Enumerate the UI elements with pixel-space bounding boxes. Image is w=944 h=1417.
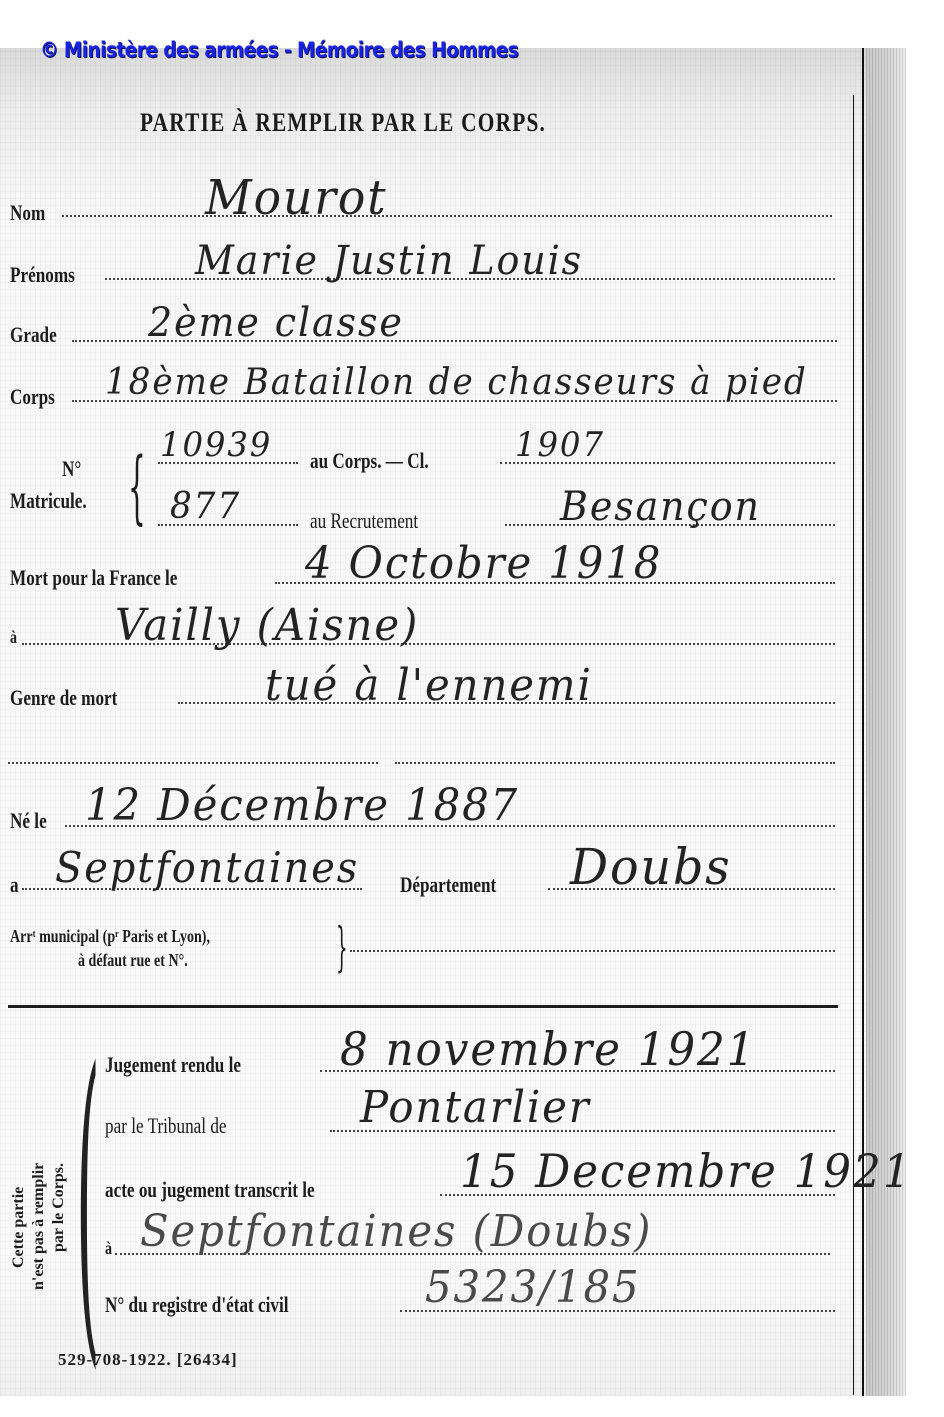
copyright-watermark: © Ministère des armées - Mémoire des Hom… <box>40 38 518 62</box>
genre-mort-label: Genre de mort <box>10 685 117 711</box>
mort-a-value: Vailly (Aisne) <box>115 600 419 651</box>
margin-line-inner <box>853 95 854 1395</box>
nom-value: Mourot <box>205 170 387 226</box>
au-corps-label: au Corps. — Cl. <box>310 448 429 474</box>
ne-a-label: a <box>10 872 19 898</box>
blank-line-2 <box>395 762 835 764</box>
registre-value: 5323/185 <box>425 1262 640 1313</box>
tribunal-label: par le Tribunal de <box>105 1113 227 1139</box>
blank-line-1 <box>8 762 378 764</box>
mort-a-label: à <box>10 627 17 648</box>
matricule-corps-value: 10939 <box>160 425 272 465</box>
recrutement-place-value: Besançon <box>560 484 761 530</box>
transcrit-a-value: Septfontaines (Doubs) <box>140 1206 652 1257</box>
jugement-label: Jugement rendu le <box>105 1052 241 1078</box>
classe-value: 1907 <box>515 425 605 465</box>
mort-le-value: 4 Octobre 1918 <box>305 538 662 589</box>
side-note-line-2: n'est pas à remplir <box>30 1163 48 1290</box>
corps-label: Corps <box>10 384 55 410</box>
side-note-line-1: Cette partie <box>10 1187 28 1268</box>
departement-value: Doubs <box>570 838 732 896</box>
matricule-recrutement-value: 877 <box>170 486 241 527</box>
transcrit-label: acte ou jugement transcrit le <box>105 1177 315 1203</box>
nom-label: Nom <box>10 200 45 226</box>
mort-le-label: Mort pour la France le <box>10 565 177 591</box>
transcrit-a-label: à <box>105 1238 112 1259</box>
arrondissement-label-1: Arrᵗ municipal (pʳ Paris et Lyon), <box>10 926 210 947</box>
arrondissement-line <box>350 950 835 952</box>
genre-mort-value: tué à l'ennemi <box>265 660 593 711</box>
au-recrutement-label: au Recrutement <box>310 508 418 534</box>
departement-label: Département <box>400 872 496 898</box>
tribunal-value: Pontarlier <box>360 1082 591 1133</box>
arrondissement-label-2: à défaut rue et N°. <box>78 950 188 971</box>
ne-a-value: Septfontaines <box>55 843 359 892</box>
registre-label: N° du registre d'état civil <box>105 1292 289 1318</box>
grade-value: 2ème classe <box>148 300 404 346</box>
matricule-brace: { <box>128 440 146 533</box>
jugement-value: 8 novembre 1921 <box>340 1022 756 1076</box>
no-label: N° <box>62 456 81 482</box>
print-reference: 529-708-1922. [26434] <box>58 1350 238 1370</box>
corps-value: 18ème Bataillon de chasseurs à pied <box>105 362 808 403</box>
ne-le-value: 12 Décembre 1887 <box>85 780 519 831</box>
prenoms-value: Marie Justin Louis <box>195 238 583 284</box>
matricule-label: Matricule. <box>10 488 87 514</box>
prenoms-label: Prénoms <box>10 262 75 288</box>
transcrit-value: 15 Decembre 1921 <box>460 1144 912 1198</box>
form-title: PARTIE À REMPLIR PAR LE CORPS. <box>140 108 546 138</box>
nom-line <box>62 215 832 217</box>
grade-label: Grade <box>10 322 57 348</box>
side-note-line-3: par le Corps. <box>50 1163 68 1252</box>
section-separator <box>8 1005 838 1008</box>
ne-le-label: Né le <box>10 808 47 834</box>
tribunal-brace: ( <box>76 1030 100 1370</box>
arrondissement-brace: } <box>336 918 348 978</box>
